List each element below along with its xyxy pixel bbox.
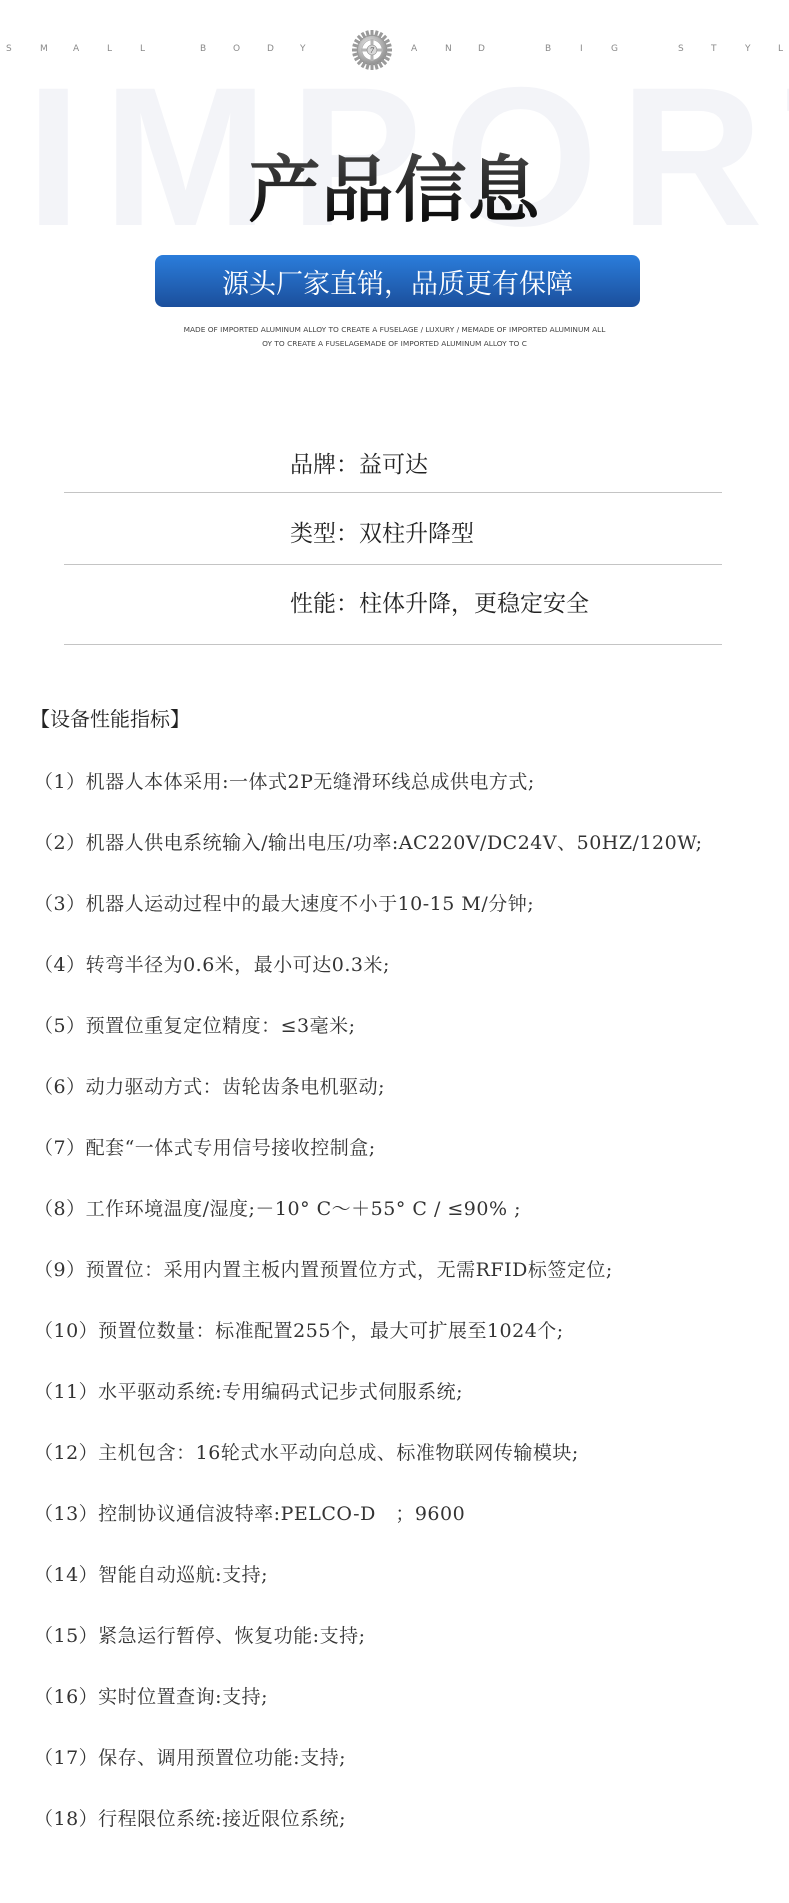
spec-heading: 【设备性能指标】 [30,703,190,732]
divider [64,644,722,645]
spec-item: （18）行程限位系统:接近限位系统; [34,1804,346,1831]
slogan-text: 源头厂家直销，品质更有保障 [222,262,573,301]
divider [64,492,722,493]
spec-item: （5）预置位重复定位精度：≤3毫米; [34,1011,356,1038]
spec-item: （17）保存、调用预置位功能:支持; [34,1743,346,1770]
spec-item: （15）紧急运行暂停、恢复功能:支持; [34,1621,365,1648]
tagline-letter: S [6,44,12,54]
attribute-performance: 性能：柱体升降，更稳定安全 [290,585,589,618]
spec-item: （2）机器人供电系统输入/输出电压/功率:AC220V/DC24V、50HZ/1… [34,828,703,855]
slogan-banner: 源头厂家直销，品质更有保障 [155,255,640,307]
spec-item: （13）控制协议通信波特率:PELCO-D ；9600 [34,1499,465,1526]
spec-item: （8）工作环境温度/湿度;－10° C～＋55° C / ≤90% ; [34,1194,521,1221]
spec-item: （3）机器人运动过程中的最大速度不小于10-15 M/分钟; [34,889,534,916]
attribute-brand: 品牌：益可达 [290,446,428,479]
spec-item: （10）预置位数量：标准配置255个，最大可扩展至1024个; [34,1316,564,1343]
spec-item: （6）动力驱动方式：齿轮齿条电机驱动; [34,1072,385,1099]
subtext-line-1: MADE OF IMPORTED ALUMINUM ALLOY TO CREAT… [0,325,789,334]
spec-item: （16）实时位置查询:支持; [34,1682,268,1709]
spec-item: （14）智能自动巡航:支持; [34,1560,268,1587]
page-title: 产品信息 [0,146,789,234]
attribute-type: 类型：双柱升降型 [290,515,474,548]
spec-item: （4）转弯半径为0.6米，最小可达0.3米; [34,950,390,977]
divider [64,564,722,565]
spec-item: （1）机器人本体采用:一体式2P无缝滑环线总成供电方式; [34,767,535,794]
spec-item: （9）预置位：采用内置主板内置预置位方式，无需RFID标签定位; [34,1255,613,1282]
spec-item: （11）水平驱动系统:专用编码式记步式伺服系统; [34,1377,463,1404]
spec-item: （12）主机包含：16轮式水平动向总成、标准物联网传输模块; [34,1438,579,1465]
spec-item: （7）配套“一体式专用信号接收控制盒; [34,1133,376,1160]
subtext-line-2: OY TO CREATE A FUSELAGEMADE OF IMPORTED … [0,339,789,348]
